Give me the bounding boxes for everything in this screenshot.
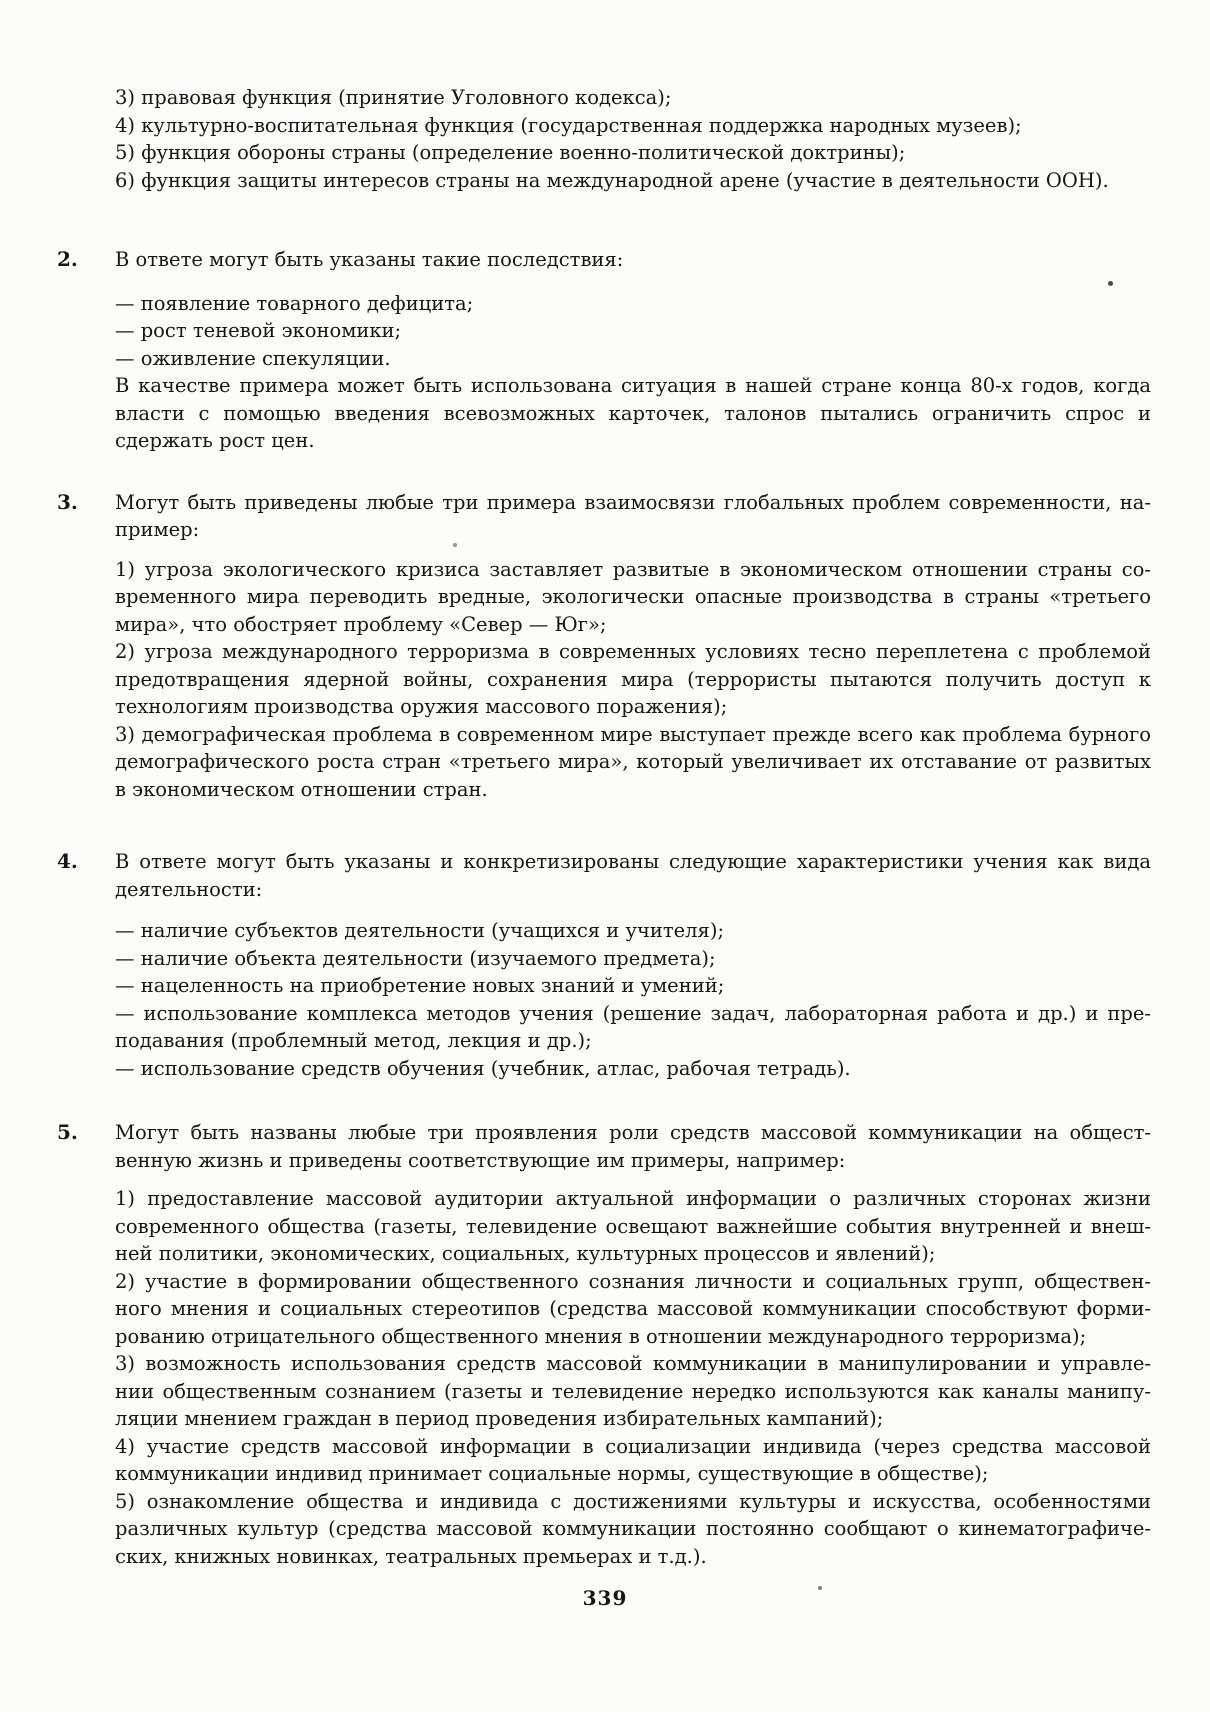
paragraph: В качестве примера может быть использова… xyxy=(115,372,1151,455)
list-item: — появление товарного дефицита; xyxy=(115,290,1151,318)
text-line: власти с помощью введения всевозможных к… xyxy=(115,400,1151,428)
text-line: в экономическом отношении стран. xyxy=(115,776,1151,804)
text-line: 2) участие в формировании общественного … xyxy=(115,1268,1151,1296)
section-heading: В ответе могут быть указаны такие послед… xyxy=(115,246,1151,274)
text-line: 5) ознакомление общества и индивида с до… xyxy=(115,1488,1151,1516)
text-line: 1) угроза экологического кризиса заставл… xyxy=(115,556,1151,584)
section-number: 4. xyxy=(57,848,78,876)
section-heading: Могут быть приведены любые три примера в… xyxy=(115,489,1151,544)
section-number: 3. xyxy=(57,489,78,517)
text-line: 5) функция обороны страны (определение в… xyxy=(115,139,1151,167)
text-line: 3) демографическая проблема в современно… xyxy=(115,721,1151,749)
text-line: современного общества (газеты, телевиден… xyxy=(115,1213,1151,1241)
paragraph: 1) угроза экологического кризиса заставл… xyxy=(115,556,1151,804)
text-line: различных культур (средства массовой ком… xyxy=(115,1515,1151,1543)
list-item: — использование комплекса методов учения… xyxy=(115,1000,1151,1028)
page-number: 339 xyxy=(0,1586,1210,1610)
list-item: — нацеленность на приобретение новых зна… xyxy=(115,972,1151,1000)
text-line: временного мира переводить вредные, экол… xyxy=(115,583,1151,611)
text-line: 2) угроза международного терроризма в со… xyxy=(115,638,1151,666)
text-column: 3) правовая функция (принятие Уголовного… xyxy=(115,84,1151,1570)
answer-section-2: 2. В ответе могут быть указаны такие пос… xyxy=(115,246,1151,455)
text-line: ских, книжных новинках, театральных прем… xyxy=(115,1543,1151,1571)
text-line: В качестве примера может быть использова… xyxy=(115,372,1151,400)
section-heading: В ответе могут быть указаны и конкретизи… xyxy=(115,848,1151,903)
text-line: В ответе могут быть указаны и конкретизи… xyxy=(115,848,1151,876)
text-line: 4) участие средств массовой информации в… xyxy=(115,1433,1151,1461)
scan-speck xyxy=(818,1586,822,1590)
text-line: 3) правовая функция (принятие Уголовного… xyxy=(115,84,1151,112)
text-line: ляции мнением граждан в период проведени… xyxy=(115,1405,1151,1433)
text-line: рованию отрицательного общественного мне… xyxy=(115,1323,1151,1351)
scan-speck xyxy=(1108,281,1113,286)
text-line: 4) культурно-воспитательная функция (гос… xyxy=(115,112,1151,140)
answer-section-5: 5. Могут быть названы любые три проявлен… xyxy=(115,1119,1151,1570)
text-line: венную жизнь и приведены соответствующие… xyxy=(115,1147,1151,1175)
text-line: коммуникации индивид принимает социальны… xyxy=(115,1460,1151,1488)
dash-list: — появление товарного дефицита; — рост т… xyxy=(115,290,1151,373)
text-line: 1) предоставление массовой аудитории акт… xyxy=(115,1185,1151,1213)
answer-section-3: 3. Могут быть приведены любые три пример… xyxy=(115,489,1151,804)
list-item: — использование средств обучения (учебни… xyxy=(115,1055,1151,1083)
text-line: предотвращения ядерной войны, сохранения… xyxy=(115,666,1151,694)
list-item: — наличие объекта деятельности (изучаемо… xyxy=(115,945,1151,973)
list-item: — рост теневой экономики; xyxy=(115,317,1151,345)
text-line: Могут быть названы любые три проявления … xyxy=(115,1119,1151,1147)
text-line: В ответе могут быть указаны такие послед… xyxy=(115,246,1151,274)
text-line: технологиям производства оружия массовог… xyxy=(115,693,1151,721)
scanned-page: 3) правовая функция (принятие Уголовного… xyxy=(0,0,1210,1712)
section-number: 2. xyxy=(57,246,78,274)
list-item: — оживление спекуляции. xyxy=(115,345,1151,373)
text-line: деятельности: xyxy=(115,876,1151,904)
section-heading: Могут быть названы любые три проявления … xyxy=(115,1119,1151,1174)
text-line: ного мнения и социальных стереотипов (ср… xyxy=(115,1295,1151,1323)
text-line: пример: xyxy=(115,516,1151,544)
list-item: — наличие субъектов деятельности (учащих… xyxy=(115,917,1151,945)
text-line: мира», что обостряет проблему «Север — Ю… xyxy=(115,611,1151,639)
answer-section-4: 4. В ответе могут быть указаны и конкрет… xyxy=(115,848,1151,1082)
section-number: 5. xyxy=(57,1119,78,1147)
text-line: демографического роста стран «третьего м… xyxy=(115,748,1151,776)
text-line: сдержать рост цен. xyxy=(115,427,1151,455)
scan-speck xyxy=(453,543,457,547)
list-item-continuation: подавания (проблемный метод, лекция и др… xyxy=(115,1027,1151,1055)
text-line: ней политики, экономических, социальных,… xyxy=(115,1240,1151,1268)
paragraph: 1) предоставление массовой аудитории акт… xyxy=(115,1185,1151,1570)
dash-list: — наличие субъектов деятельности (учащих… xyxy=(115,917,1151,1082)
text-line: 6) функция защиты интересов страны на ме… xyxy=(115,167,1151,195)
text-line: нии общественным сознанием (газеты и тел… xyxy=(115,1378,1151,1406)
text-line: Могут быть приведены любые три примера в… xyxy=(115,489,1151,517)
continued-answer-list: 3) правовая функция (принятие Уголовного… xyxy=(115,84,1151,194)
text-line: 3) возможность использования средств мас… xyxy=(115,1350,1151,1378)
